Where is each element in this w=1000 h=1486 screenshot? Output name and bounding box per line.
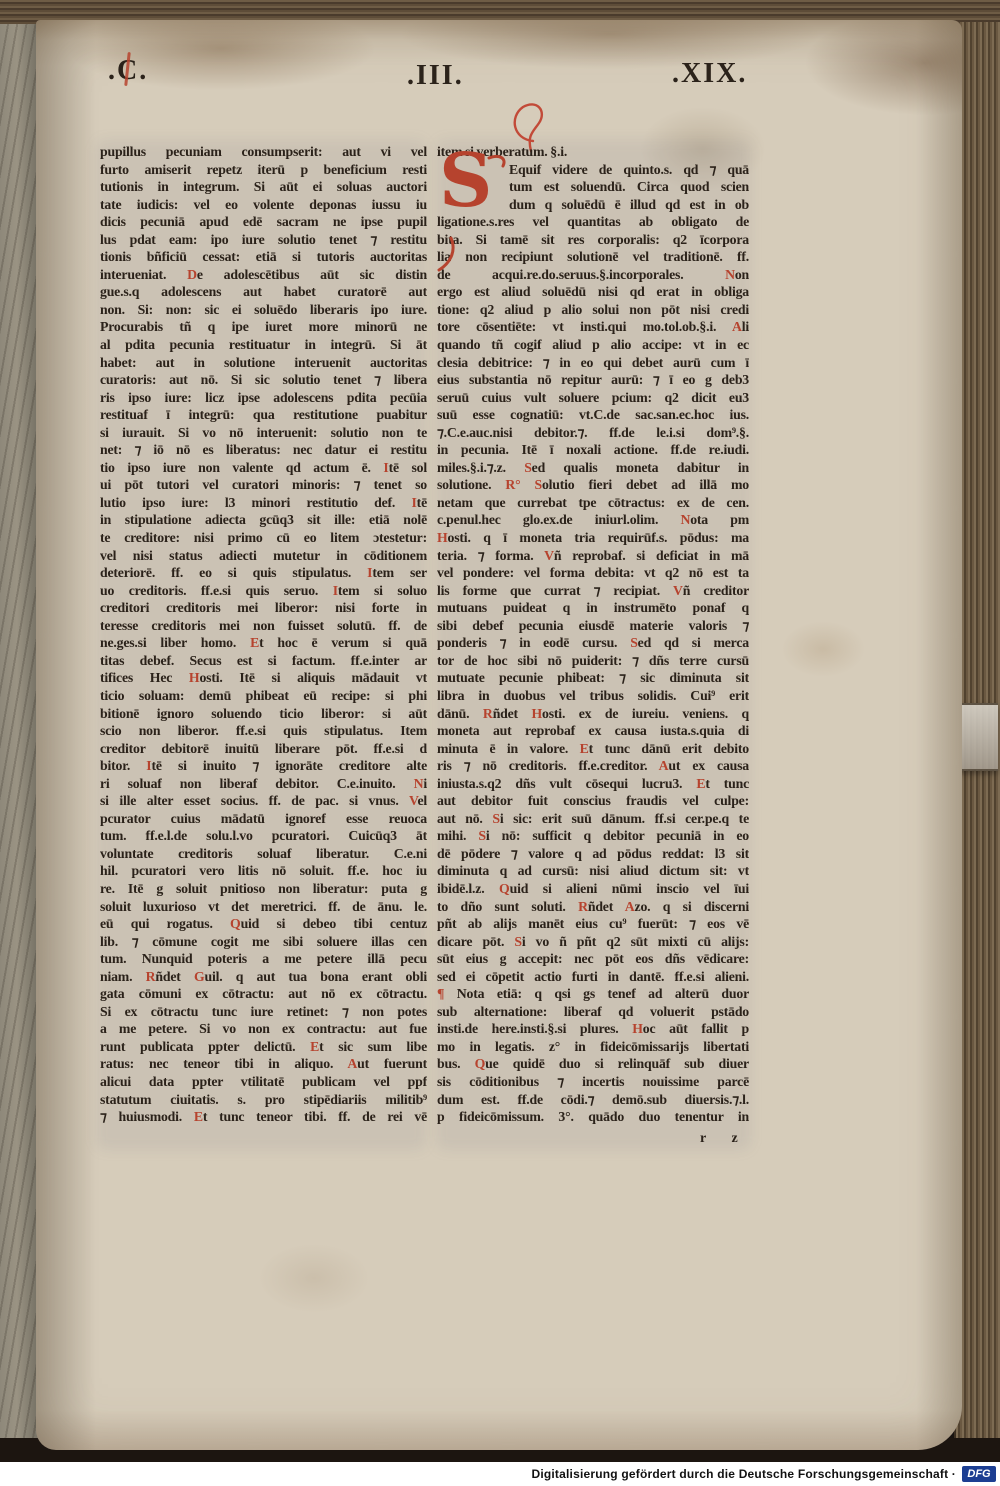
text-line: ne.ges.si liber homo. Et hoc ē verum si … xyxy=(100,634,427,652)
text-line: moneta aut reprobaf ex causa iusta.s.qui… xyxy=(437,722,749,740)
rubric-mark: R° xyxy=(505,477,520,492)
text-line: dum q soluēdū ē illud qd est in ob xyxy=(437,196,749,214)
text-line: lib. ⁊ cōmune cogit me sibi soluere illa… xyxy=(100,933,427,951)
text-line: dicare pōt. Si vo ñ pñt q2 sūt mixti cū … xyxy=(437,933,749,951)
text-line: bus. Que quidē duo si relinquāf sub diue… xyxy=(437,1055,749,1073)
rubric-mark: S xyxy=(524,460,531,475)
folio-number-center: .III. xyxy=(407,60,464,92)
text-line: al pdita pecunia restituatur in integrū.… xyxy=(100,336,427,354)
text-line: sibi debef pecunia eiusdē materie valori… xyxy=(437,617,749,635)
text-line: ticio soluam: demū phibeat eū recipe: si… xyxy=(100,687,427,705)
text-line: tione: q2 aliud p alio solui non pōt nis… xyxy=(437,301,749,319)
text-line: dānū. Rñdet Hosti. ex de iureiu. veniens… xyxy=(437,705,749,723)
text-line: insti.de here.insti.§.si plures. Hoc aūt… xyxy=(437,1020,749,1038)
text-line: sed ei cōpetit actio furti in dantē. ff.… xyxy=(437,968,749,986)
rubric-mark: R xyxy=(578,899,588,914)
text-line: a me petere. Si vo non ex contractu: aut… xyxy=(100,1020,427,1038)
text-line: soluit luxurioso vt det meretrici. ff. d… xyxy=(100,898,427,916)
text-line: ¶ Nota etiā: q qsi gs tenef ad alterū du… xyxy=(437,985,749,1003)
rubric-mark: V xyxy=(409,793,418,808)
text-line: sūt eius g accepit: nec pōt eos dñs vēdi… xyxy=(437,950,749,968)
text-line: net: ⁊ iō nō es liberatus: nec datur ei … xyxy=(100,441,427,459)
text-line: Equif videre de quinto.s. qd ⁊ quā xyxy=(437,161,749,179)
rubric-mark: S xyxy=(514,934,521,949)
text-line: teria. ⁊ forma. Vñ reprobaf. si deficiat… xyxy=(437,547,749,565)
rubric-mark: N xyxy=(680,512,690,527)
text-line: tate iudicis: vel eo volente deponas ius… xyxy=(100,196,427,214)
text-line: ratus: nec teneor tibi in aliquo. Aut fu… xyxy=(100,1055,427,1073)
text-line: alicui data ppter vtilitatē publicam vel… xyxy=(100,1073,427,1091)
rubric-mark: R xyxy=(483,706,493,721)
text-line: libra in duobus vel tribus solidis. Cui⁹… xyxy=(437,687,749,705)
text-line: tum est soluendū. Circa quod scien xyxy=(437,178,749,196)
text-line: non. Si: non: sic ei soluēdo liberaris i… xyxy=(100,301,427,319)
text-line: eū qui rogatus. Quid si debeo tibi centu… xyxy=(100,915,427,933)
text-line: titas debef. Secus est si factum. ff.e.i… xyxy=(100,652,427,670)
text-line: lus pdat eam: ipo iure solutio tenet ⁊ r… xyxy=(100,231,427,249)
text-line: dē pōdere ⁊ valore q ad pōdus reddat: l3… xyxy=(437,845,749,863)
text-line: tutionis in integrum. Si aūt ei soluas a… xyxy=(100,178,427,196)
text-line: pcurator cuius mādatū ignoref esse reuoc… xyxy=(100,810,427,828)
text-line: interueniat. De adolescētibus aūt sic di… xyxy=(100,266,427,284)
text-line: furto amiserit repetz iterū p beneficium… xyxy=(100,161,427,179)
text-line: niam. Rñdet Guil. q aut tua bona erant o… xyxy=(100,968,427,986)
text-line: item si verberatum. §.i. xyxy=(437,143,749,161)
rubric-mark: A xyxy=(625,899,635,914)
text-line: dum est. ff.de cōdi.⁊ demō.sub diuersis.… xyxy=(437,1091,749,1109)
digitisation-footer: Digitalisierung gefördert durch die Deut… xyxy=(0,1462,1000,1486)
rubric-mark: S xyxy=(478,828,485,843)
text-line: aut debitor fuit conscius fraudis vel cu… xyxy=(437,792,749,810)
text-line: ligatione.s.res vel quantitas ab obligat… xyxy=(437,213,749,231)
text-line: lis forme que currat ⁊ recipiat. Vñ cred… xyxy=(437,582,749,600)
text-line: ris ipso iure: licz ipse adolescens pdit… xyxy=(100,389,427,407)
text-line: iniusta.s.q2 dñs vult cōsequi lucru3. Et… xyxy=(437,775,749,793)
rubric-mark: H xyxy=(437,530,448,545)
rubric-mark: R xyxy=(146,969,156,984)
text-line: lia non recipiunt solutionē vel traditio… xyxy=(437,248,749,266)
text-line: mutuate pecunie phibeat: ⁊ sic diminuta … xyxy=(437,669,749,687)
rubric-mark: Q xyxy=(230,916,241,931)
text-line: aut nō. Si sic: erit suū dānum. ff.si ce… xyxy=(437,810,749,828)
text-line: Si ex cōtractu tunc iure retinet: ⁊ non … xyxy=(100,1003,427,1021)
rubric-mark: H xyxy=(632,1021,643,1036)
footer-credit-text: Digitalisierung gefördert durch die Deut… xyxy=(531,1467,956,1481)
text-line: tifices Hec Hosti. Itē si aliquis mādaui… xyxy=(100,669,427,687)
text-line: ⁊.C.e.auc.nisi debitor.⁊. ff.de le.i.si … xyxy=(437,424,749,442)
text-line: gue.s.q adolescens aut habet curatorē au… xyxy=(100,283,427,301)
rubric-mark: V xyxy=(673,583,683,598)
rubric-mark: A xyxy=(347,1056,357,1071)
text-line: creditori creditoris mei liberor: nisi f… xyxy=(100,599,427,617)
rubric-mark: I xyxy=(383,460,388,475)
text-line: tionis bñficiū cessat: etiā si tutoris a… xyxy=(100,248,427,266)
text-line: ris ⁊ nō creditoris. ff.e.creditor. Aut … xyxy=(437,757,749,775)
rubric-mark: Q xyxy=(475,1056,486,1071)
rubric-mark: V xyxy=(544,548,554,563)
text-line: ergo est aliud soluēdū nisi qd erat in o… xyxy=(437,283,749,301)
folio-number-right: .XIX. xyxy=(672,58,747,90)
text-line: ri soluaf non liberaf debitor. C.e.inuit… xyxy=(100,775,427,793)
text-line: tor de hoc sibi nō puiderit: ⁊ dñs terre… xyxy=(437,652,749,670)
rubric-mark: Q xyxy=(499,881,510,896)
text-line: si ille alter esset socius. ff. de pac. … xyxy=(100,792,427,810)
text-line: quando tñ cogif aliud p alio accipe: vt … xyxy=(437,336,749,354)
text-line: ibidē.l.z. Quid si alieni nūmi inscio ve… xyxy=(437,880,749,898)
text-line: suū esse cognatiū: vt.C.de sac.san.ec.ho… xyxy=(437,406,749,424)
text-line: si iurauit. Si vo nō interuenit: solutio… xyxy=(100,424,427,442)
signature-mark: r z xyxy=(700,1131,738,1147)
text-line: mutuans puideat q in instrumēto ponaf q xyxy=(437,599,749,617)
rubric-mark: E xyxy=(250,635,259,650)
rubric-mark: S xyxy=(534,477,541,492)
text-line: sub alternatione: liberaf qd voluerit ps… xyxy=(437,1003,749,1021)
text-line: voluntate creditoris soluaf liberatur. C… xyxy=(100,845,427,863)
rubric-mark: G xyxy=(194,969,205,984)
rubric-mark: I xyxy=(333,583,338,598)
text-line: solutione. R° Solutio fieri debet ad ill… xyxy=(437,476,749,494)
text-line: creditor debitorē inuitū liberare pōt. f… xyxy=(100,740,427,758)
text-line: tore cōsentiēte: vt insti.qui mo.tol.ob.… xyxy=(437,318,749,336)
text-line: gata cōmuni ex cōtractu: aut nō ex cōtra… xyxy=(100,985,427,1003)
dfg-logo: DFG xyxy=(962,1466,996,1482)
rubric-mark: N xyxy=(725,267,735,282)
text-line: uo creditoris. ff.e.si quis seruo. Item … xyxy=(100,582,427,600)
rubric-mark: N xyxy=(414,776,424,791)
rubric-mark: E xyxy=(696,776,705,791)
text-line: Hosti. q ī moneta tria requirūf.s. pōdus… xyxy=(437,529,749,547)
text-line: hil. pcuratori vero litis nō soluit. ff.… xyxy=(100,862,427,880)
text-line: habet: aut in solutione interuenit aucto… xyxy=(100,354,427,372)
text-line: re. Itē g soluit pnitioso non liberatur:… xyxy=(100,880,427,898)
rubric-mark: H xyxy=(532,706,543,721)
rubric-mark: I xyxy=(412,495,417,510)
text-line: de acqui.re.do.seruus.§.incorporales. No… xyxy=(437,266,749,284)
text-line: seruū cuius vult soluere pcium: q2 dicit… xyxy=(437,389,749,407)
text-line: mihi. Si nō: sufficit q debitor pecuniā … xyxy=(437,827,749,845)
text-line: pupillus pecuniam consumpserit: aut vi v… xyxy=(100,143,427,161)
rubric-mark: ¶ xyxy=(437,986,444,1001)
text-line: minuta ē in valore. Et tunc dānū erit de… xyxy=(437,740,749,758)
rubric-mark: S xyxy=(630,635,637,650)
text-line: clesia debitrice: ⁊ in eo qui debet aurū… xyxy=(437,354,749,372)
rubric-mark: E xyxy=(194,1109,203,1124)
rubric-mark: A xyxy=(659,758,669,773)
text-line: tum. Nunquid poteris a me petere illā pe… xyxy=(100,950,427,968)
text-line: bitionē ignoro soluendo ticio liberor: s… xyxy=(100,705,427,723)
text-line: curatoris: aut nō. Si sic solutio tenet … xyxy=(100,371,427,389)
text-line: tum. ff.e.l.de solu.l.vo pcuratori. Cuic… xyxy=(100,827,427,845)
rubric-mark: E xyxy=(310,1039,319,1054)
rubric-mark: S xyxy=(492,811,499,826)
text-line: bitor. Itē si inuito ⁊ ignorāte creditor… xyxy=(100,757,427,775)
rubric-mark: I xyxy=(367,565,372,580)
rubric-mark: E xyxy=(580,741,589,756)
text-line: in stipulatione adiecta gcūq3 sit ille: … xyxy=(100,511,427,529)
text-line: restituaf ī integrū: qua restitutione pu… xyxy=(100,406,427,424)
text-line: sis cōditionibus ⁊ incertis nouissime pa… xyxy=(437,1073,749,1091)
text-line: c.penul.hec glo.ex.de iniurl.olim. Nota … xyxy=(437,511,749,529)
text-line: vel nisi status adiecti mutetur in cōdit… xyxy=(100,547,427,565)
rubric-mark: H xyxy=(189,670,200,685)
text-line: bita. Si tamē sit res corporalis: q2 īco… xyxy=(437,231,749,249)
text-column-left: pupillus pecuniam consumpserit: aut vi v… xyxy=(100,143,427,1143)
text-line: ui pōt tutori vel curatori minoris: ⁊ te… xyxy=(100,476,427,494)
text-line: runt publicata ppter delictū. Et sic sum… xyxy=(100,1038,427,1056)
text-line: tio ipso iure non valente qd actum ē. It… xyxy=(100,459,427,477)
text-line: lutio ipso iure: l3 minori restitutio de… xyxy=(100,494,427,512)
text-column-right: item si verberatum. §.i.Equif videre de … xyxy=(437,143,749,1143)
text-line: diminuta q ad cursū: nisi aliud dictum s… xyxy=(437,862,749,880)
text-line: te creditore: nisi primo cū eo litem ɔte… xyxy=(100,529,427,547)
rubric-mark: D xyxy=(187,267,197,282)
text-line: in pecunia. Itē ī noxali actione. ff.de … xyxy=(437,441,749,459)
text-line: teresse creditoris mei non fuisset solut… xyxy=(100,617,427,635)
text-line: mo in legatis. z° in fideicōmissarijs li… xyxy=(437,1038,749,1056)
text-line: ponderis ⁊ in eodē cursu. Sed qd si merc… xyxy=(437,634,749,652)
text-line: statutum ciuitatis. s. pro stipēdiariis … xyxy=(100,1091,427,1109)
rubric-mark: I xyxy=(146,758,151,773)
text-line: dicis pecuniā apud edē sacram ne ipse pu… xyxy=(100,213,427,231)
text-line: miles.§.i.⁊.z. Sed qualis moneta dabitur… xyxy=(437,459,749,477)
text-line: to dño sunt soluti. Rñdet Azo. q si disc… xyxy=(437,898,749,916)
text-line: netam que currebat tpe cōtractus: ex de … xyxy=(437,494,749,512)
text-line: deteriorē. ff. eo si quis stipulatus. It… xyxy=(100,564,427,582)
rubric-mark: A xyxy=(732,319,742,334)
text-line: vel pondere: vel forma debita: vt q2 nō … xyxy=(437,564,749,582)
text-line: scio non liberor. ff.e.si quis stipulatu… xyxy=(100,722,427,740)
text-line: ⁊ huiusmodi. Et tunc teneor tibi. ff. de… xyxy=(100,1108,427,1126)
text-line: p fideicōmissum. 3°. quādo duo tenentur … xyxy=(437,1108,749,1126)
text-line: Procurabis tñ q ipe iuret more minorū ne xyxy=(100,318,427,336)
text-line: eius substantia nō repitur aurū: ⁊ ī eo … xyxy=(437,371,749,389)
text-line: pñt ab alijs manēt eius cu⁹ fuerūt: ⁊ eo… xyxy=(437,915,749,933)
